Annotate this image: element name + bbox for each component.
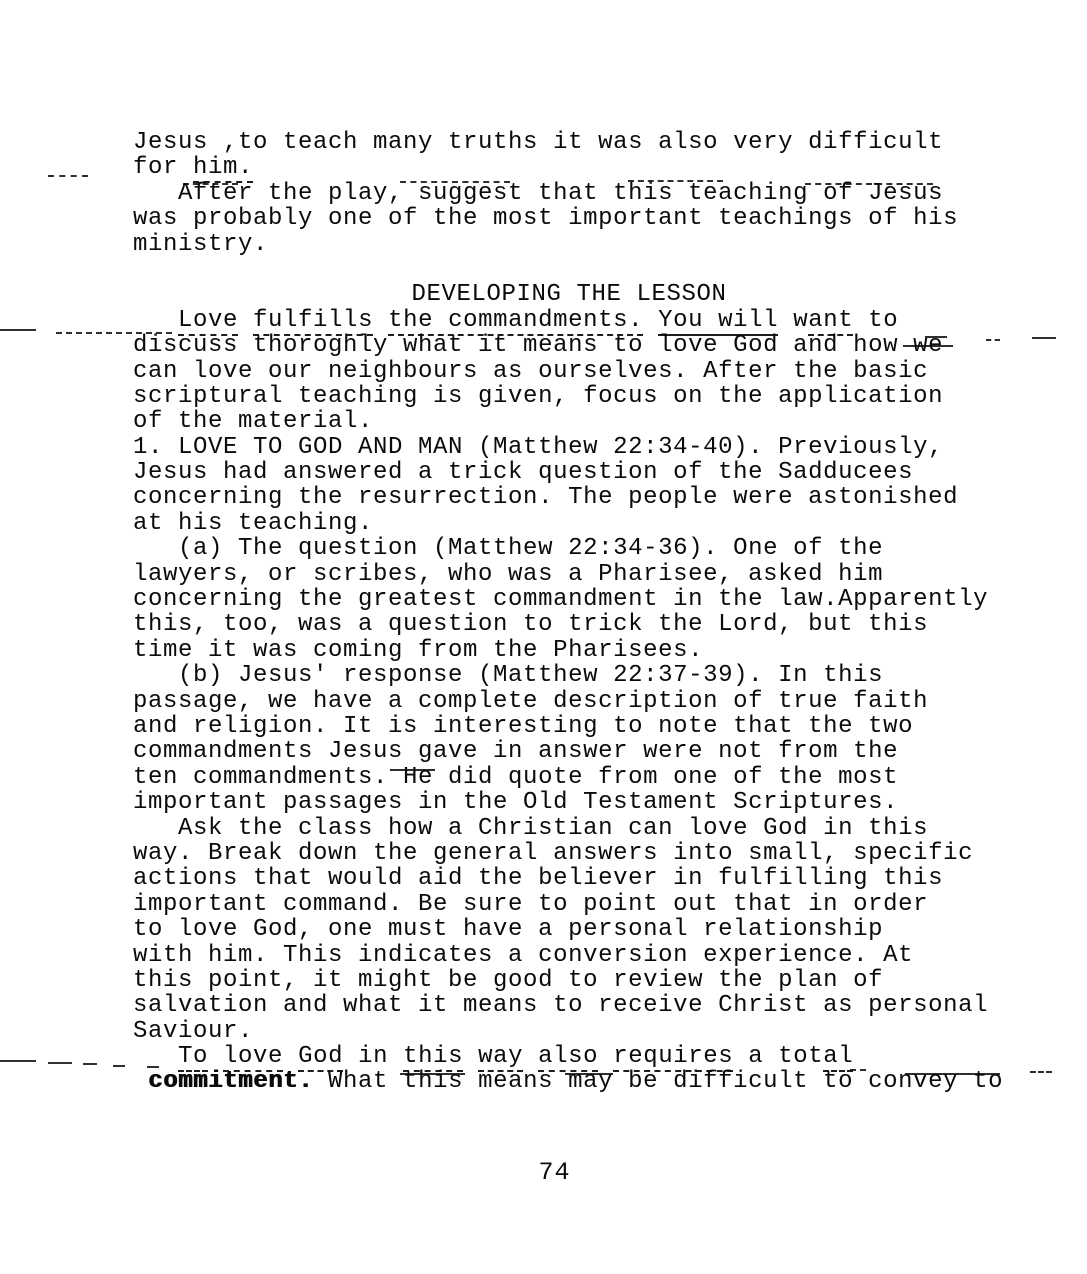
text-line: with him. This indicates a conversion ex… xyxy=(133,943,1005,968)
scan-mark xyxy=(48,1062,72,1064)
text-line: ten commandments. He did quote from one … xyxy=(133,765,1005,790)
scan-mark xyxy=(1030,1071,1052,1073)
text-line: concerning the greatest commandment in t… xyxy=(133,587,1005,612)
scan-mark xyxy=(113,1065,125,1067)
text-line: Love fulfills the commandments. You will… xyxy=(133,308,1005,333)
text-line: and religion. It is interesting to note … xyxy=(133,714,1005,739)
text-line: (a) The question (Matthew 22:34-36). One… xyxy=(133,536,1005,561)
text-line: lawyers, or scribes, who was a Pharisee,… xyxy=(133,562,1005,587)
scan-mark xyxy=(183,183,238,185)
scan-mark xyxy=(1032,337,1056,339)
scan-mark xyxy=(56,332,172,334)
text-line: Ask the class how a Christian can love G… xyxy=(133,816,1005,841)
scan-mark xyxy=(400,1073,465,1075)
text-line: to love God, one must have a personal re… xyxy=(133,917,1005,942)
scan-mark xyxy=(48,175,88,177)
scan-mark xyxy=(147,1066,159,1068)
text-line: salvation and what it means to receive C… xyxy=(133,993,1005,1018)
scan-mark xyxy=(0,329,36,331)
text-line: 1. LOVE TO GOD AND MAN (Matthew 22:34-40… xyxy=(133,435,1005,460)
text-line: Jesus ,to teach many truths it was also … xyxy=(133,130,1005,155)
scan-mark xyxy=(925,336,947,338)
text-line: scriptural teaching is given, focus on t… xyxy=(133,384,1005,409)
text-line: ministry. xyxy=(133,232,1005,257)
text-line: discuss thoroghly what it means to love … xyxy=(133,333,1005,358)
text-line: Saviour. xyxy=(133,1019,1005,1044)
text-line: was probably one of the most important t… xyxy=(133,206,1005,231)
page-number: 74 xyxy=(0,1158,1087,1187)
text-line xyxy=(133,257,1005,282)
scan-mark xyxy=(565,1073,613,1075)
scanned-page: Jesus ,to teach many truths it was also … xyxy=(0,0,1087,1274)
text-line: commandments Jesus gave in answer were n… xyxy=(133,739,1005,764)
scan-mark xyxy=(905,1073,1000,1075)
text-line: can love our neighbours as ourselves. Af… xyxy=(133,359,1005,384)
text-line: time it was coming from the Pharisees. xyxy=(133,638,1005,663)
text-line: To love God in this way also requires a … xyxy=(133,1044,1005,1069)
scan-mark xyxy=(0,1060,36,1062)
scan-mark xyxy=(805,183,933,185)
scan-mark xyxy=(986,339,1000,341)
text-line: important command. Be sure to point out … xyxy=(133,892,1005,917)
text-line: this, too, was a question to trick the L… xyxy=(133,612,1005,637)
text-line: actions that would aid the believer in f… xyxy=(133,866,1005,891)
text-line: this point, it might be good to review t… xyxy=(133,968,1005,993)
text-line: (b) Jesus' response (Matthew 22:37-39). … xyxy=(133,663,1005,688)
text-line: way. Break down the general answers into… xyxy=(133,841,1005,866)
bold-text: commitment. xyxy=(148,1068,313,1095)
text-line: concerning the resurrection. The people … xyxy=(133,485,1005,510)
text-line: at his teaching. xyxy=(133,511,1005,536)
section-heading: DEVELOPING THE LESSON xyxy=(133,282,1005,307)
text-line: Jesus had answered a trick question of t… xyxy=(133,460,1005,485)
scan-mark xyxy=(850,1069,866,1071)
scan-mark xyxy=(83,1063,97,1065)
scan-mark xyxy=(400,181,510,183)
text-line: for him. xyxy=(133,155,1005,180)
text-line: of the material. xyxy=(133,409,1005,434)
typewritten-text-block: Jesus ,to teach many truths it was also … xyxy=(133,130,1005,1095)
scan-mark xyxy=(903,345,953,347)
text-line: important passages in the Old Testament … xyxy=(133,790,1005,815)
scan-mark xyxy=(628,180,723,182)
text-line: passage, we have a complete description … xyxy=(133,689,1005,714)
scan-mark xyxy=(390,769,435,771)
